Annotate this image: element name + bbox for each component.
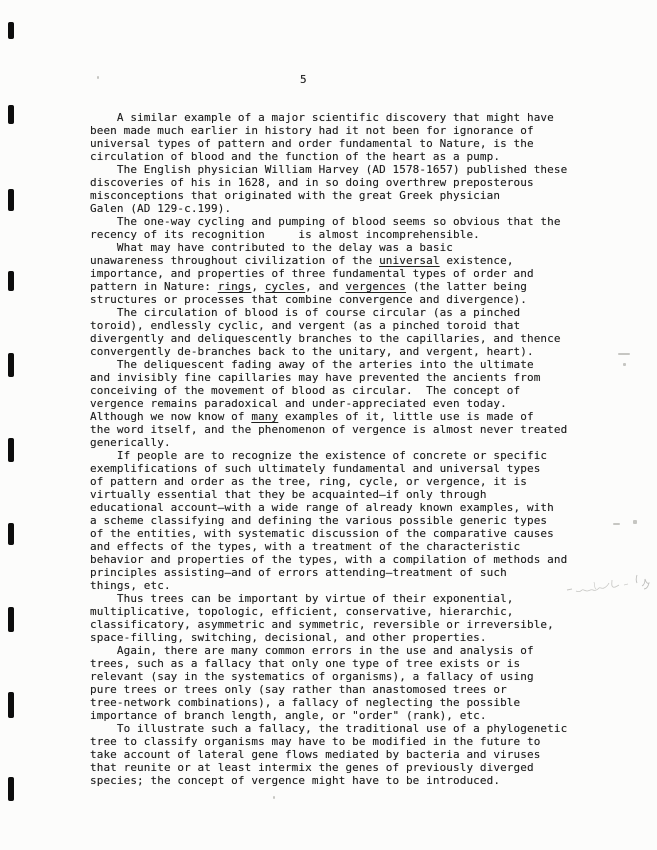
binding-mark <box>8 523 14 545</box>
underlined-word: vergences <box>346 280 407 293</box>
underlined-word: universal <box>379 254 440 267</box>
page-body: A similar example of a major scientific … <box>90 111 630 787</box>
binding-mark <box>8 438 14 462</box>
paragraph: To illustrate such a fallacy, the tradit… <box>90 722 630 787</box>
scan-speck <box>97 76 99 79</box>
paragraph: The English physician William Harvey (AD… <box>90 163 630 215</box>
scan-speck <box>633 520 637 524</box>
binding-mark <box>8 353 14 377</box>
underlined-word: rings <box>218 280 252 293</box>
binding-mark <box>8 271 14 291</box>
pencil-scribble-note <box>564 569 656 601</box>
paragraph: Again, there are many common errors in t… <box>90 644 630 722</box>
paragraph: What may have contributed to the delay w… <box>90 241 630 306</box>
paragraph: The one-way cycling and pumping of blood… <box>90 215 630 241</box>
paragraph: The circulation of blood is of course ci… <box>90 306 630 358</box>
binding-mark <box>8 22 14 39</box>
scan-speck <box>623 363 626 366</box>
page-number: 5 <box>300 73 307 86</box>
paragraph: A similar example of a major scientific … <box>90 111 630 163</box>
binding-mark <box>8 777 14 801</box>
paragraph: If people are to recognize the existence… <box>90 449 630 592</box>
paragraph: Thus trees can be important by virtue of… <box>90 592 630 644</box>
binding-mark <box>8 105 14 124</box>
underlined-word: many <box>251 410 278 423</box>
paragraph: The deliquescent fading away of the arte… <box>90 358 630 449</box>
scan-speck <box>273 796 275 799</box>
underlined-word: cycles <box>265 280 305 293</box>
binding-mark <box>8 607 14 632</box>
scanned-document-page: 5 A similar example of a major scientifi… <box>0 0 657 850</box>
scan-speck <box>618 353 630 355</box>
binding-mark <box>8 692 14 718</box>
binding-mark <box>8 189 14 211</box>
scan-speck <box>613 523 620 525</box>
